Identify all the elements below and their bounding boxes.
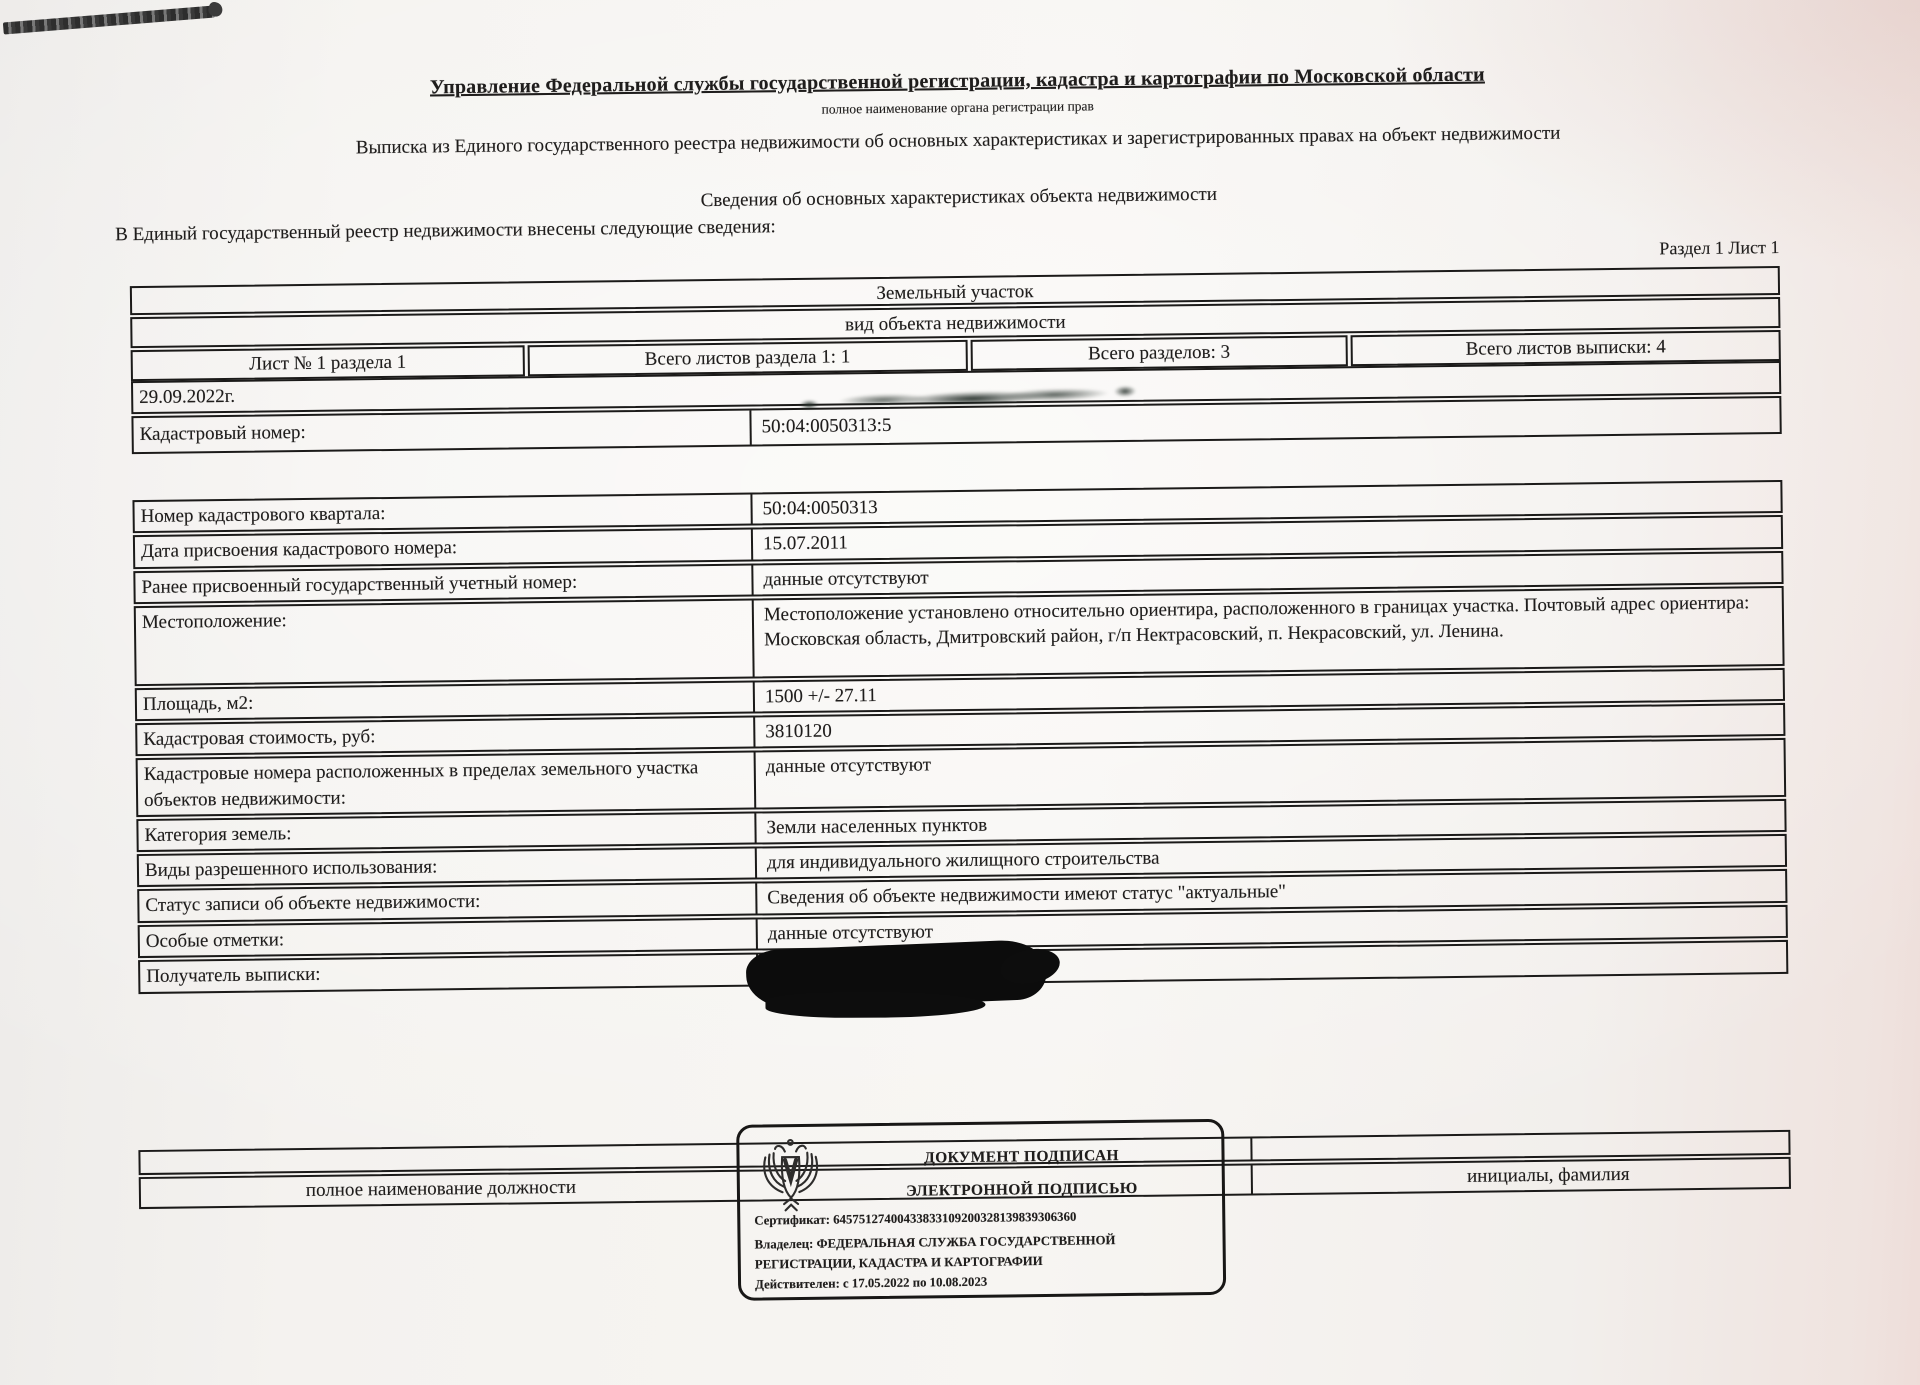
document-title: Выписка из Единого государственного реес…	[0, 118, 1918, 163]
name-caption: инициалы, фамилия	[1253, 1159, 1789, 1194]
digital-signature-stamp: ДОКУМЕНТ ПОДПИСАН ЭЛЕКТРОННОЙ ПОДПИСЬЮ С…	[736, 1119, 1226, 1301]
total-sections-cell: Всего разделов: 3	[970, 335, 1348, 371]
sheet-number-cell: Лист № 1 раздела 1	[131, 345, 525, 381]
row-label: Получатель выписки:	[140, 954, 758, 992]
row-label: Статус записи об объекте недвижимости:	[139, 884, 757, 921]
stamp-heading-line2: ЭЛЕКТРОННОЙ ПОДПИСЬЮ	[836, 1179, 1208, 1202]
intro-line: В Единый государственный реестр недвижим…	[115, 216, 776, 246]
total-sheets-cell: Всего листов выписки: 4	[1351, 330, 1781, 366]
document-page: Управление Федеральной службы государств…	[0, 0, 1920, 1385]
row-label: Особые отметки:	[140, 919, 758, 956]
object-header-table: Земельный участок вид объекта недвижимос…	[130, 266, 1782, 454]
row-value	[758, 942, 1786, 985]
cadastral-number-label: Кадастровый номер:	[133, 411, 751, 453]
row-label: Кадастровые номера расположенных в преде…	[138, 753, 757, 815]
stamp-heading-line1: ДОКУМЕНТ ПОДПИСАН	[835, 1146, 1207, 1169]
stamp-owner: Владелец: ФЕДЕРАЛЬНАЯ СЛУЖБА ГОСУДАРСТВЕ…	[754, 1231, 1146, 1275]
scanned-egrn-extract-page: { "header": { "org_name": "Управление Фе…	[0, 0, 1920, 1385]
sheets-in-section-cell: Всего листов раздела 1: 1	[527, 340, 967, 376]
row-label: Кадастровая стоимость, руб:	[137, 718, 755, 755]
redaction-blob	[745, 939, 1047, 1011]
row-label: Дата присвоения кадастрового номера:	[135, 530, 753, 567]
row-label: Виды разрешенного использования:	[139, 849, 757, 886]
position-caption: полное наименование должности	[141, 1175, 741, 1204]
stamp-validity: Действителен: с 17.05.2022 по 10.08.2023	[755, 1275, 987, 1293]
row-label: Местоположение:	[136, 600, 755, 684]
row-label: Площадь, м2:	[137, 682, 755, 719]
row-label: Ранее присвоенный государственный учетны…	[135, 565, 753, 602]
attributes-table: Номер кадастрового квартала: 50:04:00503…	[132, 480, 1788, 994]
stamp-certificate: Сертификат: 6457512740043383310920032813…	[754, 1210, 1076, 1229]
row-value: данные отсутствуют	[756, 740, 1785, 807]
row-label: Категория земель:	[138, 813, 756, 850]
row-value: Местоположение установлено относительно …	[754, 588, 1783, 677]
razdel-list-label: Раздел 1 Лист 1	[1479, 237, 1779, 262]
section-title: Сведения об основных характеристиках объ…	[0, 175, 1919, 220]
row-label: Номер кадастрового квартала:	[134, 495, 752, 532]
